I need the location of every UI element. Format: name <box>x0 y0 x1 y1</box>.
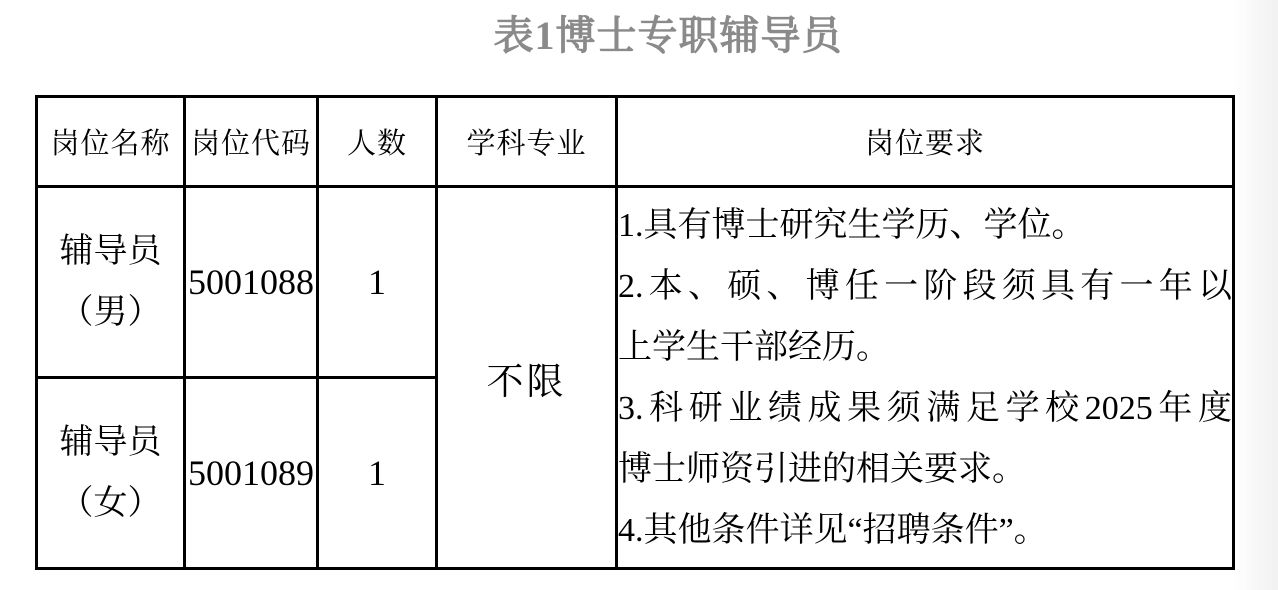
position-name-line1: 辅导员 <box>38 221 183 282</box>
header-headcount: 人数 <box>318 97 437 187</box>
table-row: 辅导员 （男） 5001088 1 不限 1.具有博士研究生学历、学位。 2.本… <box>37 187 1234 378</box>
headcount-cell: 1 <box>318 187 437 378</box>
position-code-cell: 5001088 <box>185 187 318 378</box>
requirement-line: 2.本、硕、博任一阶段须具有一年以 <box>618 256 1232 317</box>
headcount-cell: 1 <box>318 378 437 569</box>
requirements-text: 1.具有博士研究生学历、学位。 2.本、硕、博任一阶段须具有一年以 上学生干部经… <box>618 195 1232 561</box>
document-page: 表1博士专职辅导员 岗位名称 岗位代码 人数 学科专业 岗位要求 辅导员 （男） <box>0 0 1278 590</box>
requirements-cell: 1.具有博士研究生学历、学位。 2.本、硕、博任一阶段须具有一年以 上学生干部经… <box>617 187 1234 569</box>
requirement-line: 上学生干部经历。 <box>618 317 1232 378</box>
discipline-cell: 不限 <box>437 187 617 569</box>
requirement-line: 4.其他条件详见“招聘条件”。 <box>618 500 1232 561</box>
requirement-line: 1.具有博士研究生学历、学位。 <box>618 195 1232 256</box>
recruitment-table: 岗位名称 岗位代码 人数 学科专业 岗位要求 辅导员 （男） 5001088 1… <box>35 95 1235 570</box>
position-name-cell: 辅导员 （女） <box>37 378 185 569</box>
position-name-line1: 辅导员 <box>38 412 183 473</box>
position-name-cell: 辅导员 （男） <box>37 187 185 378</box>
table-title: 表1博士专职辅导员 <box>494 4 843 61</box>
scan-edge-shade <box>1232 0 1278 590</box>
header-requirements: 岗位要求 <box>617 97 1234 187</box>
requirement-line: 博士师资引进的相关要求。 <box>618 439 1232 500</box>
position-name-line2: （女） <box>38 473 183 534</box>
header-discipline: 学科专业 <box>437 97 617 187</box>
position-name-line2: （男） <box>38 282 183 343</box>
table-header-row: 岗位名称 岗位代码 人数 学科专业 岗位要求 <box>37 97 1234 187</box>
header-position-code: 岗位代码 <box>185 97 318 187</box>
requirement-line: 3.科研业绩成果须满足学校2025年度 <box>618 378 1232 439</box>
position-code-cell: 5001089 <box>185 378 318 569</box>
header-position-name: 岗位名称 <box>37 97 185 187</box>
